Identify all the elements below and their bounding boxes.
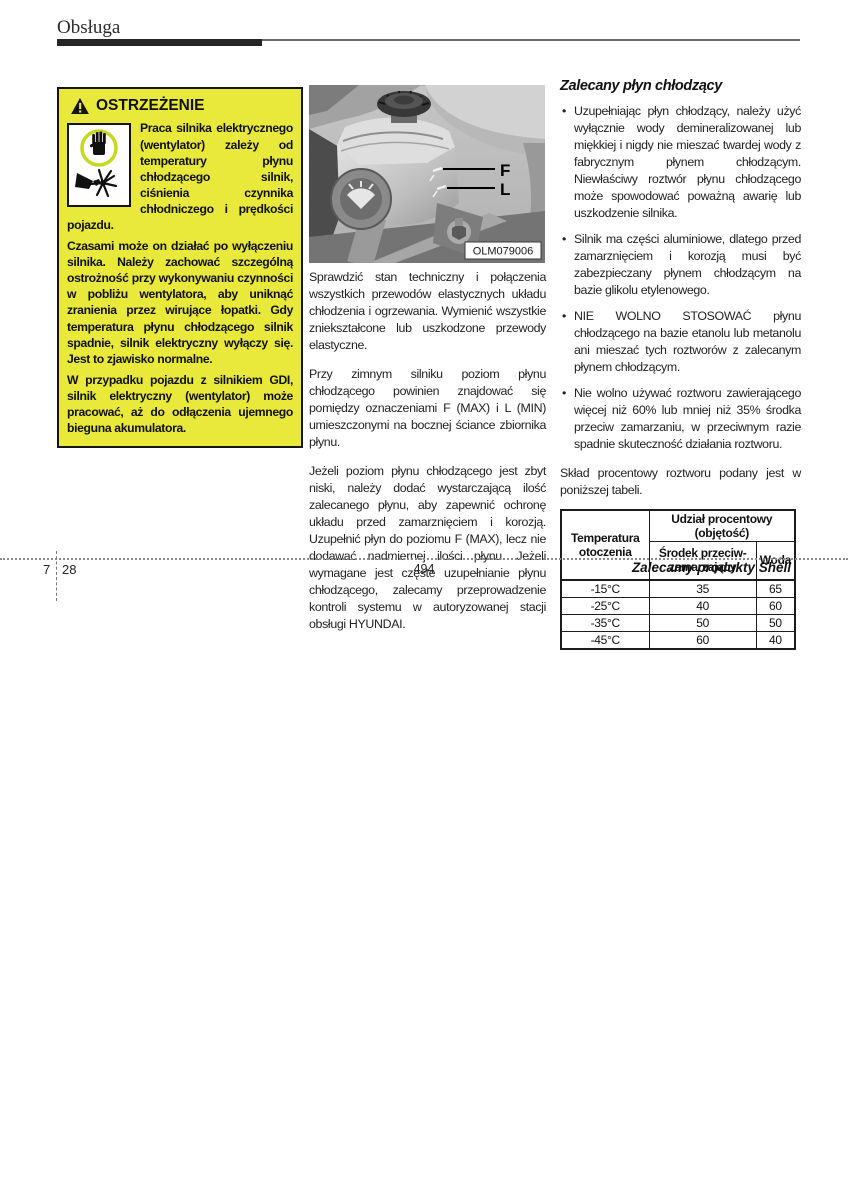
- coolant-reservoir-figure: F L OLM079006: [309, 85, 545, 263]
- table-intro: Skład procentowy roztworu podany jest w …: [560, 465, 801, 499]
- cell-antifreeze: 50: [649, 614, 756, 631]
- mid-paragraph-3: Jeżeli poziom płynu chłodzącego jest zby…: [309, 463, 546, 633]
- bullet-item: Uzupełniając płyn chłodzący, należy użyć…: [560, 103, 801, 222]
- figure-label-l: L: [500, 180, 510, 199]
- footer-vertical-divider: [56, 551, 57, 601]
- table-header-percentage-group: Udział procentowy (objętość): [649, 510, 795, 542]
- warning-paragraph-2: Czasami może on działać po wyłączeniu si…: [67, 238, 293, 367]
- table-row: -25°C 40 60: [561, 597, 795, 614]
- bullet-item: Silnik ma części aluminiowe, dlatego prz…: [560, 231, 801, 299]
- warning-triangle-icon: [71, 98, 89, 114]
- section-heading-coolant: Zalecany płyn chłodzący: [560, 78, 801, 94]
- mid-paragraph-1: Sprawdzić stan techniczny i połączenia w…: [309, 269, 546, 354]
- cell-water: 50: [756, 614, 795, 631]
- warning-title-row: OSTRZEŻENIE: [71, 96, 293, 116]
- cell-temp: -35°C: [561, 614, 649, 631]
- table-row: -15°C 35 65: [561, 580, 795, 598]
- bullet-item: Nie wolno używać roztworu zawierającego …: [560, 385, 801, 453]
- table-row: -45°C 60 40: [561, 631, 795, 649]
- warning-title: OSTRZEŻENIE: [96, 96, 205, 116]
- header-rule-thin: [262, 39, 800, 41]
- cell-water: 60: [756, 597, 795, 614]
- figure-caption: OLM079006: [473, 246, 534, 258]
- cell-antifreeze: 60: [649, 631, 756, 649]
- table-row: -35°C 50 50: [561, 614, 795, 631]
- cell-temp: -45°C: [561, 631, 649, 649]
- cell-antifreeze: 40: [649, 597, 756, 614]
- cell-temp: -15°C: [561, 580, 649, 598]
- mid-paragraph-2: Przy zimnym silniku poziom płynu chłodzą…: [309, 366, 546, 451]
- fan-hand-warning-icon: [67, 123, 131, 207]
- footer-brand-note: Zalecamy produkty Shell: [632, 560, 791, 575]
- middle-column: Sprawdzić stan techniczny i połączenia w…: [309, 269, 546, 645]
- page-title: Obsługa: [57, 17, 120, 39]
- coolant-mixture-table: Temperatura otoczenia Udział procentowy …: [560, 509, 796, 650]
- warning-paragraph-3: W przypadku pojazdu z silnikiem GDI, sil…: [67, 372, 293, 436]
- warning-box: OSTRZEŻENIE: [57, 87, 303, 448]
- cell-water: 65: [756, 580, 795, 598]
- cell-antifreeze: 35: [649, 580, 756, 598]
- manual-page: Obsługa OSTRZEŻENIE: [0, 0, 848, 1200]
- coolant-bullet-list: Uzupełniając płyn chłodzący, należy użyć…: [560, 103, 801, 453]
- cell-water: 40: [756, 631, 795, 649]
- bullet-item: NIE WOLNO STOSOWAĆ płynu chłodzącego na …: [560, 308, 801, 376]
- figure-label-f: F: [500, 161, 510, 180]
- cell-temp: -25°C: [561, 597, 649, 614]
- header-rule-thick: [57, 39, 262, 46]
